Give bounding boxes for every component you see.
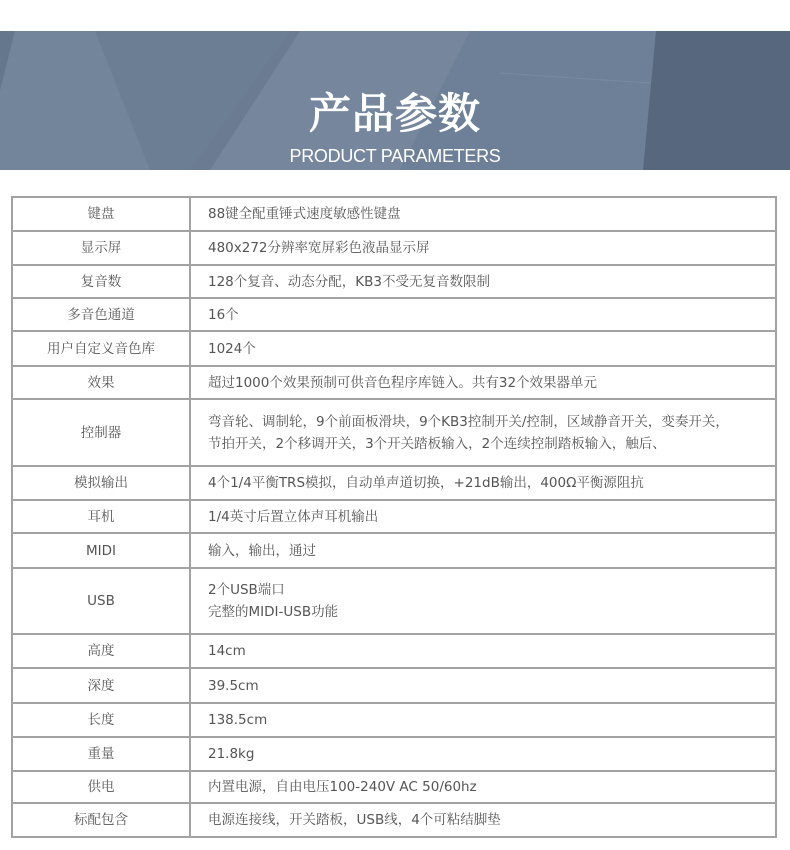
table-row: 耳机1/4英寸后置立体声耳机输出: [12, 500, 776, 533]
spec-value-line: 超过1000个效果预制可供音色程序库链入。共有32个效果器单元: [208, 372, 771, 394]
spec-value: 480x272分辨率宽屏彩色液晶显示屏: [190, 231, 776, 265]
spec-value: 16个: [190, 298, 776, 331]
table-row: 重量21.8kg: [12, 737, 776, 771]
product-specs-table: 键盘88键全配重锤式速度敏感性键盘显示屏480x272分辨率宽屏彩色液晶显示屏复…: [11, 196, 777, 838]
spec-label: 高度: [12, 634, 190, 668]
spec-value: 1024个: [190, 331, 776, 366]
spec-label: 标配包含: [12, 803, 190, 837]
spec-label: 复音数: [12, 265, 190, 298]
spec-value-line: 480x272分辨率宽屏彩色液晶显示屏: [208, 237, 771, 259]
product-parameters-banner: 产品参数 PRODUCT PARAMETERS: [0, 31, 790, 170]
table-row: 用户自定义音色库1024个: [12, 331, 776, 366]
table-row: 高度14cm: [12, 634, 776, 668]
table-row: 控制器弯音轮、调制轮，9个前面板滑块，9个KB3控制开关/控制，区域静音开关，变…: [12, 399, 776, 466]
table-row: 键盘88键全配重锤式速度敏感性键盘: [12, 197, 776, 231]
table-row: 标配包含电源连接线，开关踏板，USB线，4个可粘结脚垫: [12, 803, 776, 837]
spec-value-line: 16个: [208, 304, 771, 326]
spec-value-line: 完整的MIDI-USB功能: [208, 601, 771, 623]
spec-value-line: 内置电源，自由电压100-240V AC 50/60hz: [208, 776, 771, 798]
spec-label: 长度: [12, 703, 190, 737]
spec-value-line: 138.5cm: [208, 709, 771, 731]
spec-value: 128个复音、动态分配，KB3不受无复音数限制: [190, 265, 776, 298]
spec-value: 39.5cm: [190, 668, 776, 703]
spec-value-line: 2个USB端口: [208, 579, 771, 601]
table-row: 长度138.5cm: [12, 703, 776, 737]
spec-value: 88键全配重锤式速度敏感性键盘: [190, 197, 776, 231]
spec-label: 供电: [12, 771, 190, 803]
spec-value-line: 14cm: [208, 640, 771, 662]
spec-value: 2个USB端口完整的MIDI-USB功能: [190, 568, 776, 634]
table-row: 深度39.5cm: [12, 668, 776, 703]
spec-label: 模拟输出: [12, 466, 190, 500]
spec-value-line: 21.8kg: [208, 743, 771, 765]
spec-label: 耳机: [12, 500, 190, 533]
spec-value-line: 弯音轮、调制轮，9个前面板滑块，9个KB3控制开关/控制，区域静音开关，变奏开关…: [208, 411, 771, 433]
table-row: 复音数128个复音、动态分配，KB3不受无复音数限制: [12, 265, 776, 298]
page-title: 产品参数: [0, 89, 790, 139]
spec-value: 14cm: [190, 634, 776, 668]
spec-value-line: 节拍开关，2个移调开关，3个开关踏板输入，2个连续控制踏板输入，触后、: [208, 433, 771, 455]
table-row: 效果超过1000个效果预制可供音色程序库链入。共有32个效果器单元: [12, 366, 776, 399]
spec-value-line: 1/4英寸后置立体声耳机输出: [208, 506, 771, 528]
spec-value: 弯音轮、调制轮，9个前面板滑块，9个KB3控制开关/控制，区域静音开关，变奏开关…: [190, 399, 776, 466]
spec-value-line: 电源连接线，开关踏板，USB线，4个可粘结脚垫: [208, 809, 771, 831]
spec-label: 控制器: [12, 399, 190, 466]
spec-value-line: 1024个: [208, 338, 771, 360]
spec-value: 超过1000个效果预制可供音色程序库链入。共有32个效果器单元: [190, 366, 776, 399]
spec-value-line: 128个复音、动态分配，KB3不受无复音数限制: [208, 271, 771, 293]
spec-label: 键盘: [12, 197, 190, 231]
spec-table-body: 键盘88键全配重锤式速度敏感性键盘显示屏480x272分辨率宽屏彩色液晶显示屏复…: [12, 197, 776, 837]
page-subtitle: PRODUCT PARAMETERS: [0, 145, 790, 167]
spec-value: 21.8kg: [190, 737, 776, 771]
spec-value-line: 39.5cm: [208, 675, 771, 697]
table-row: 显示屏480x272分辨率宽屏彩色液晶显示屏: [12, 231, 776, 265]
spec-value: 内置电源，自由电压100-240V AC 50/60hz: [190, 771, 776, 803]
spec-label: 重量: [12, 737, 190, 771]
spec-label: 效果: [12, 366, 190, 399]
spec-value: 138.5cm: [190, 703, 776, 737]
spec-label: USB: [12, 568, 190, 634]
spec-value: 1/4英寸后置立体声耳机输出: [190, 500, 776, 533]
spec-value: 输入，输出，通过: [190, 533, 776, 568]
table-row: 模拟输出4个1/4平衡TRS模拟，自动单声道切换，+21dB输出，400Ω平衡源…: [12, 466, 776, 500]
spec-value-line: 88键全配重锤式速度敏感性键盘: [208, 203, 771, 225]
spec-value-line: 4个1/4平衡TRS模拟，自动单声道切换，+21dB输出，400Ω平衡源阻抗: [208, 472, 771, 494]
table-row: USB2个USB端口完整的MIDI-USB功能: [12, 568, 776, 634]
table-row: 多音色通道16个: [12, 298, 776, 331]
spec-label: 多音色通道: [12, 298, 190, 331]
table-row: MIDI输入，输出，通过: [12, 533, 776, 568]
spec-value: 4个1/4平衡TRS模拟，自动单声道切换，+21dB输出，400Ω平衡源阻抗: [190, 466, 776, 500]
spec-value: 电源连接线，开关踏板，USB线，4个可粘结脚垫: [190, 803, 776, 837]
spec-label: 深度: [12, 668, 190, 703]
spec-label: 显示屏: [12, 231, 190, 265]
table-row: 供电内置电源，自由电压100-240V AC 50/60hz: [12, 771, 776, 803]
spec-label: MIDI: [12, 533, 190, 568]
spec-value-line: 输入，输出，通过: [208, 540, 771, 562]
spec-label: 用户自定义音色库: [12, 331, 190, 366]
